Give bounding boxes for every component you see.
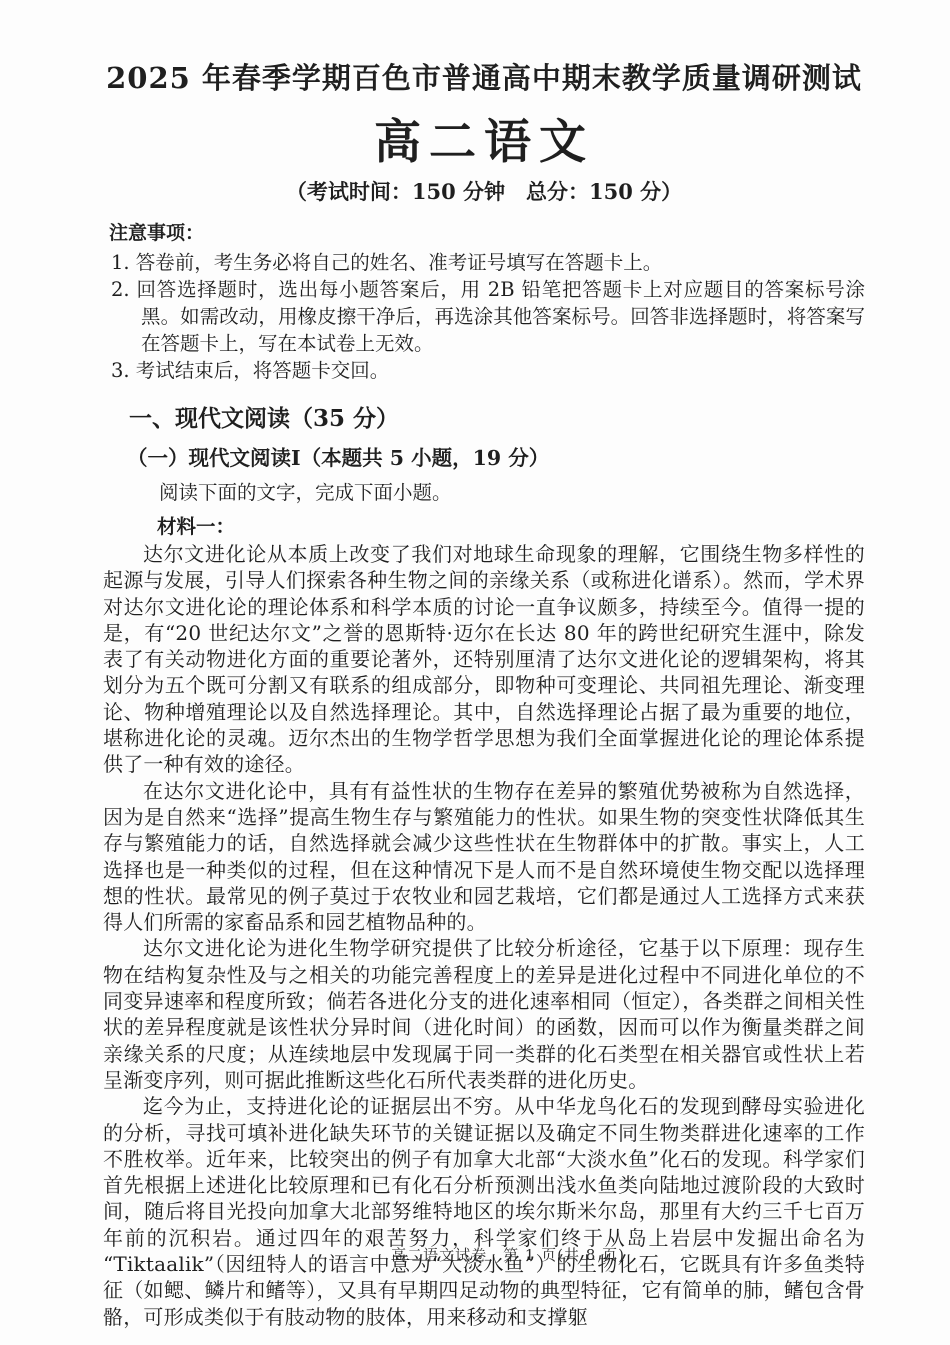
exam-subject: 高二语文 <box>103 105 865 172</box>
material-paragraph-4: 迄今为止，支持进化论的证据层出不穷。从中华龙鸟化石的发现到酵母实验进化的分析，寻… <box>103 1093 865 1330</box>
subsection-heading: （一）现代文阅读Ⅰ（本题共 5 小题，19 分） <box>127 441 865 471</box>
exam-paper-page: 2025 年春季学期百色市普通高中期末教学质量调研测试 高二语文 （考试时间：1… <box>0 0 950 1345</box>
reading-section: 一、现代文阅读（35 分） （一）现代文阅读Ⅰ（本题共 5 小题，19 分） 阅… <box>103 400 865 1330</box>
material-paragraph-1: 达尔文进化论从本质上改变了我们对地球生命现象的理解，它围绕生物多样性的起源与发展… <box>103 541 865 778</box>
exam-title: 2025 年春季学期百色市普通高中期末教学质量调研测试 <box>103 56 865 97</box>
reading-instruction: 阅读下面的文字，完成下面小题。 <box>159 477 865 505</box>
material-paragraph-3: 达尔文进化论为进化生物学研究提供了比较分析途径，它基于以下原理：现存生物在结构复… <box>103 935 865 1093</box>
section-heading: 一、现代文阅读（35 分） <box>129 400 865 433</box>
notice-item-1: 1. 答卷前，考生务必将自己的姓名、准考证号填写在答题卡上。 <box>111 249 865 276</box>
exam-info: （考试时间：150 分钟 总分：150 分） <box>103 176 865 206</box>
material-paragraph-2: 在达尔文进化论中，具有有益性状的生物存在差异的繁殖优势被称为自然选择，因为是自然… <box>103 778 865 936</box>
notice-heading: 注意事项： <box>109 218 865 245</box>
page-content: 2025 年春季学期百色市普通高中期末教学质量调研测试 高二语文 （考试时间：1… <box>103 56 865 1330</box>
page-footer: 高二语文试卷 第 1 页(共 8 页) <box>0 1244 950 1265</box>
notice-item-3: 3. 考试结束后，将答题卡交回。 <box>111 357 865 384</box>
notice-section: 注意事项： 1. 答卷前，考生务必将自己的姓名、准考证号填写在答题卡上。 2. … <box>103 218 865 384</box>
notice-item-2: 2. 回答选择题时，选出每小题答案后，用 2B 铅笔把答题卡上对应题目的答案标号… <box>111 276 865 357</box>
material-label: 材料一： <box>157 511 865 539</box>
